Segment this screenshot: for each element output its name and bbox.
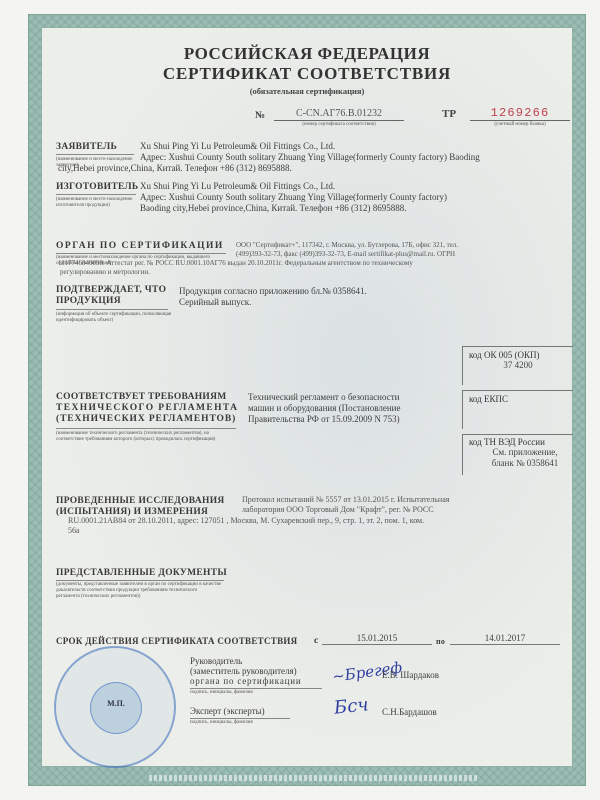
document-title: СЕРТИФИКАТ СООТВЕТСТВИЯ [42, 64, 572, 84]
expert-caption: подпись, инициалы, фамилия [190, 720, 253, 726]
document-subtitle: (обязательная сертификация) [42, 86, 572, 96]
regulation-text-1: Технический регламент о безопасности [248, 392, 399, 403]
manufacturer-address-cont: Baoding city,Hebei province,China, Китай… [140, 203, 407, 214]
okp-code-label: код ОК 005 (ОКП) [463, 347, 573, 360]
okp-code-box: код ОК 005 (ОКП) 37 4200 [462, 346, 573, 385]
divider [56, 580, 224, 581]
certification-body-line3: 1117746840098. Аттестат рег. № РОСС RU.0… [58, 259, 413, 268]
validity-from-date: 15.01.2015 [322, 633, 432, 645]
certification-body-heading: ОРГАН ПО СЕРТИФИКАЦИИ [56, 241, 224, 251]
head-name: Е.В. Шардаков [382, 670, 439, 681]
certificate-border: РОССИЙСКАЯ ФЕДЕРАЦИЯ СЕРТИФИКАТ СООТВЕТС… [28, 14, 586, 786]
certificate-body: РОССИЙСКАЯ ФЕДЕРАЦИЯ СЕРТИФИКАТ СООТВЕТС… [41, 27, 573, 767]
ekps-code-label: код ЕКПС [463, 391, 573, 404]
certification-body-line1: ООО "Сертификат+", 117342, г. Москва, ул… [236, 241, 458, 250]
blank-serial-number: 1269266 [470, 106, 570, 121]
divider [56, 154, 134, 155]
seal-emblem: М.П. [90, 682, 142, 734]
applicant-address-cont: city,Hebei province,China, Китай. Телефо… [58, 163, 292, 174]
tests-text-1: Протокол испытаний № 5557 от 13.01.2015 … [242, 496, 449, 505]
tests-text-2: лаборатория ООО Торговый Дом "Крафт", ре… [242, 506, 434, 515]
product-caption: (информация об объекте сертификации, поз… [56, 312, 181, 324]
expert-signature: Бсч [333, 694, 370, 718]
regulation-text-2: машин и оборудования (Постановление [248, 403, 400, 414]
certificate-number-label: № [255, 110, 265, 121]
regulation-heading-3: (ТЕХНИЧЕСКИХ РЕГЛАМЕНТОВ) [56, 414, 236, 424]
footer-microprint [149, 775, 479, 781]
manufacturer-address: Адрес: Xushui County South solitary Zhua… [140, 192, 447, 203]
divider [56, 309, 168, 310]
product-heading: ПОДТВЕРЖДАЕТ, ЧТО [56, 285, 166, 295]
tnved-code-value-2: бланк № 0358641 [463, 457, 573, 469]
manufacturer-name: Xu Shui Ping Yi Lu Petroleum& Oil Fittin… [140, 181, 335, 192]
ekps-code-box: код ЕКПС [462, 390, 573, 429]
tnved-code-value: См. приложение, [463, 447, 573, 457]
okp-code-value: 37 4200 [463, 360, 573, 370]
applicant-name: Xu Shui Ping Yi Lu Petroleum& Oil Fittin… [140, 141, 335, 152]
certificate-number: C-CN.АГ76.B.01232 [274, 108, 404, 121]
tnved-code-label: код ТН ВЭД России [463, 435, 573, 447]
tnved-code-box: код ТН ВЭД России См. приложение, бланк … [462, 434, 573, 475]
divider [56, 253, 226, 254]
certification-body-line2: (499)393-32-73, факс (499)393-32-73, E-m… [236, 250, 455, 259]
product-description: Продукция согласно приложению бл.№ 03586… [179, 286, 367, 297]
divider [190, 718, 290, 719]
documents-heading: ПРЕДСТАВЛЕННЫЕ ДОКУМЕНТЫ [56, 568, 227, 578]
seal-mp-text: М.П. [91, 699, 141, 708]
expert-label: Эксперт (эксперты) [190, 706, 265, 717]
divider [190, 688, 322, 689]
validity-from-label: с [314, 636, 319, 646]
divider [56, 428, 236, 429]
manufacturer-caption: (наименование и место-нахождение изготов… [56, 197, 138, 209]
tests-text-4: 56а [68, 527, 80, 536]
head-label: Руководитель [190, 656, 242, 666]
official-seal: М.П. [54, 646, 176, 768]
certification-body-line4: регулированию и метрологии. [60, 268, 150, 277]
validity-to-label: по [436, 637, 445, 646]
regulation-heading-2: ТЕХНИЧЕСКОГО РЕГЛАМЕНТА [56, 403, 238, 413]
country-title: РОССИЙСКАЯ ФЕДЕРАЦИЯ [42, 44, 572, 64]
documents-caption: (документы, представленные заявителем в … [56, 582, 221, 600]
regulation-heading: СООТВЕТСТВУЕТ ТРЕБОВАНИЯМ [56, 392, 227, 402]
head-label-2: (заместитель руководителя) [190, 666, 297, 676]
certificate-number-caption: (номер сертификата соответствия) [274, 122, 404, 128]
tests-heading: ПРОВЕДЕННЫЕ ИССЛЕДОВАНИЯ [56, 496, 225, 506]
blank-serial-caption: (учетный номер бланка) [470, 122, 570, 128]
regulation-caption: (наименование технического регламента (т… [56, 431, 226, 443]
head-caption: подпись, инициалы, фамилия [190, 690, 253, 696]
expert-name: С.Н.Бардашов [382, 707, 437, 718]
product-heading-2: ПРОДУКЦИЯ [56, 296, 121, 306]
tests-text-3: RU.0001.21АВ84 от 28.10.2011, адрес: 127… [68, 517, 424, 526]
tr-label: ТР [442, 108, 456, 120]
manufacturer-heading: ИЗГОТОВИТЕЛЬ [56, 182, 138, 192]
regulation-text-3: Правительства РФ от 15.09.2009 N 753) [248, 414, 400, 425]
product-series: Серийный выпуск. [179, 297, 251, 308]
validity-to-date: 14.01.2017 [450, 633, 560, 645]
head-label-3: органа по сертификации [190, 676, 301, 686]
applicant-address: Адрес: Xushui County South solitary Zhua… [140, 152, 480, 163]
applicant-heading: ЗАЯВИТЕЛЬ [56, 142, 117, 152]
divider [56, 194, 136, 195]
validity-label: СРОК ДЕЙСТВИЯ СЕРТИФИКАТА СООТВЕТСТВИЯ [56, 636, 297, 646]
